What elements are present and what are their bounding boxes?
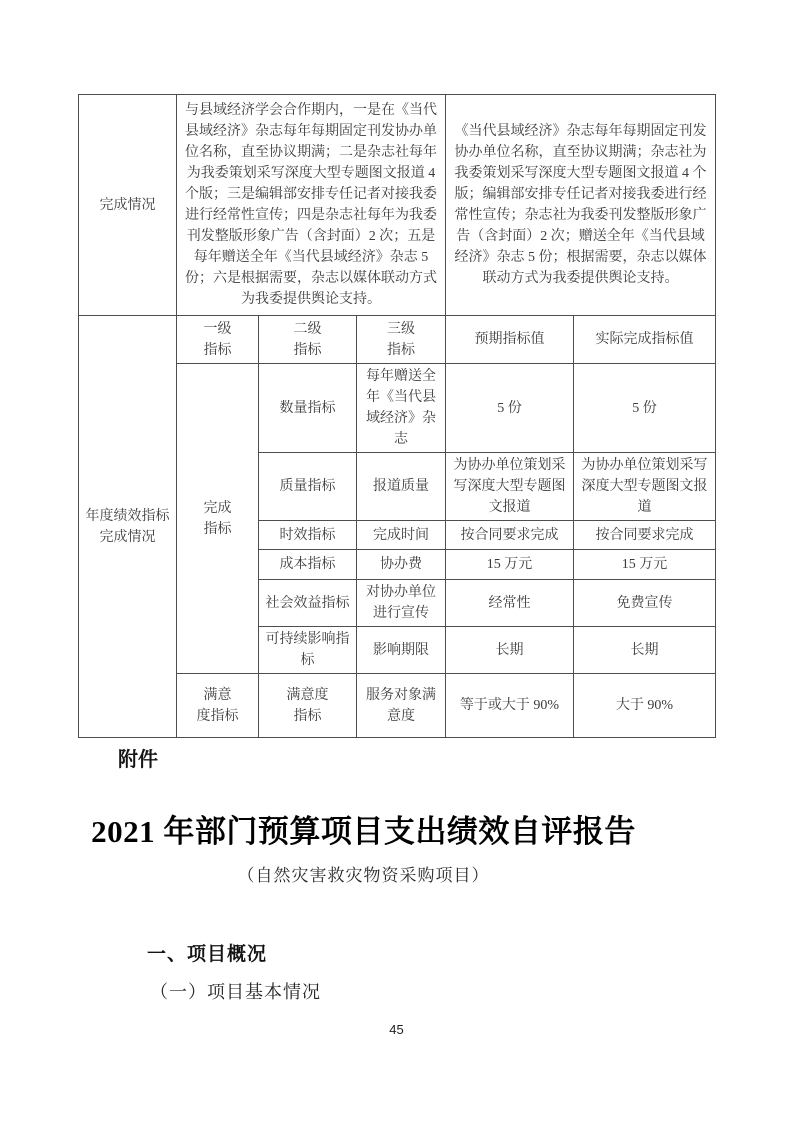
expected-cell: 长期 xyxy=(446,627,574,674)
level3-cell: 每年赠送全年《当代县域经济》杂志 xyxy=(357,364,446,453)
group-completion-indicator: 完成 指标 xyxy=(177,364,259,674)
level2-cell: 满意度 指标 xyxy=(259,674,357,738)
expected-cell: 经常性 xyxy=(446,580,574,627)
indicator-header-row: 年度绩效指标 完成情况 一级 指标 二级 指标 三级 指标 预期指标值 实际完成… xyxy=(79,316,716,364)
header-level2: 二级 指标 xyxy=(259,316,357,364)
actual-cell: 5 份 xyxy=(574,364,716,453)
header-expected-value: 预期指标值 xyxy=(446,316,574,364)
section-heading-project-overview: 一、项目概况 xyxy=(147,939,267,966)
level3-cell: 影响期限 xyxy=(357,627,446,674)
annual-indicator-row-label: 年度绩效指标 完成情况 xyxy=(79,316,177,738)
expected-cell: 15 万元 xyxy=(446,550,574,580)
level2-cell: 可持续影响指标 xyxy=(259,627,357,674)
level3-cell: 协办费 xyxy=(357,550,446,580)
level2-cell: 社会效益指标 xyxy=(259,580,357,627)
subsection-heading-basic-info: （一）项目基本情况 xyxy=(150,978,321,1004)
expected-cell: 为协办单位策划采写深度大型专题图文报道 xyxy=(446,453,574,521)
performance-table: 完成情况 与县域经济学会合作期内，一是在《当代县域经济》杂志每年每期固定刊发协办… xyxy=(78,94,716,738)
level2-cell: 成本指标 xyxy=(259,550,357,580)
actual-cell: 为协办单位策划采写深度大型专题图文报道 xyxy=(574,453,716,521)
completion-status-label: 完成情况 xyxy=(79,95,177,316)
actual-cell: 长期 xyxy=(574,627,716,674)
level2-cell: 质量指标 xyxy=(259,453,357,521)
expected-cell: 按合同要求完成 xyxy=(446,521,574,550)
completion-status-row: 完成情况 与县域经济学会合作期内，一是在《当代县域经济》杂志每年每期固定刊发协办… xyxy=(79,95,716,316)
level3-cell: 完成时间 xyxy=(357,521,446,550)
report-title: 2021 年部门预算项目支出绩效自评报告 xyxy=(0,806,727,851)
page-number: 45 xyxy=(0,1022,793,1037)
expected-cell: 5 份 xyxy=(446,364,574,453)
level2-cell: 数量指标 xyxy=(259,364,357,453)
header-level3: 三级 指标 xyxy=(357,316,446,364)
attachment-label: 附件 xyxy=(118,743,158,772)
level3-cell: 报道质量 xyxy=(357,453,446,521)
actual-cell: 大于 90% xyxy=(574,674,716,738)
completion-agreement-text: 与县域经济学会合作期内，一是在《当代县域经济》杂志每年每期固定刊发协办单位名称，… xyxy=(177,95,446,316)
level2-cell: 时效指标 xyxy=(259,521,357,550)
actual-cell: 按合同要求完成 xyxy=(574,521,716,550)
group-satisfaction-indicator: 满意 度指标 xyxy=(177,674,259,738)
report-subtitle: （自然灾害救灾物资采购项目） xyxy=(0,861,727,886)
expected-cell: 等于或大于 90% xyxy=(446,674,574,738)
actual-cell: 15 万元 xyxy=(574,550,716,580)
level3-cell: 对协办单位进行宣传 xyxy=(357,580,446,627)
header-level1: 一级 指标 xyxy=(177,316,259,364)
completion-result-text: 《当代县域经济》杂志每年每期固定刊发协办单位名称，直至协议期满；杂志社为我委策划… xyxy=(446,95,716,316)
header-actual-value: 实际完成指标值 xyxy=(574,316,716,364)
level3-cell: 服务对象满 意度 xyxy=(357,674,446,738)
actual-cell: 免费宣传 xyxy=(574,580,716,627)
document-page: 完成情况 与县域经济学会合作期内，一是在《当代县域经济》杂志每年每期固定刊发协办… xyxy=(0,0,793,1122)
